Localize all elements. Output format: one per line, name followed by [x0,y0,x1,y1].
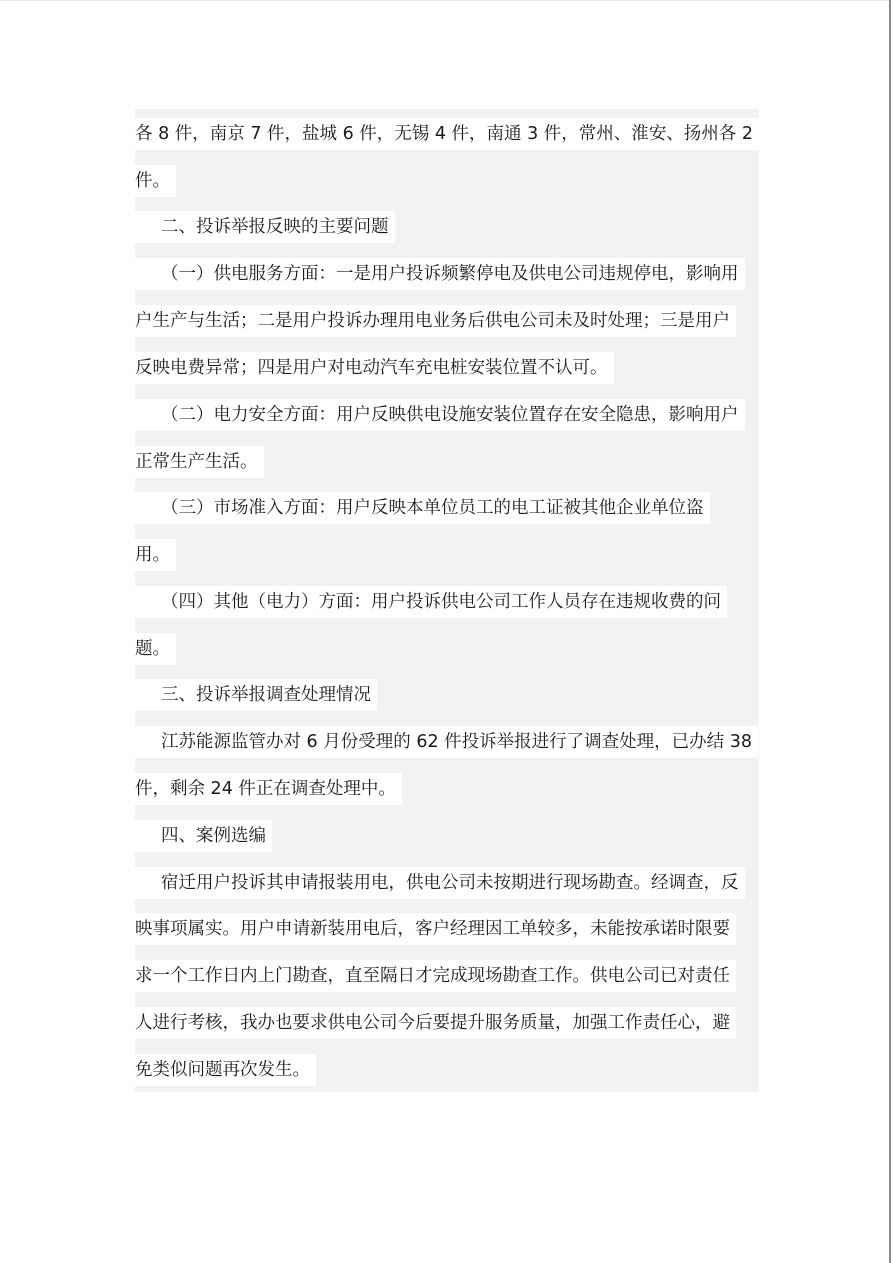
section-heading: 三、投诉举报调查处理情况 [135,679,377,711]
paragraph-line: 免类似问题再次发生。 [135,1054,316,1086]
paragraph-line: 映事项属实。用户申请新装用电后，客户经理因工单较多，未能按承诺时限要 [135,913,736,945]
paragraph-line: 人进行考核，我办也要求供电公司今后要提升服务质量，加强工作责任心，避 [135,1007,736,1039]
line-text: 求一个工作日内上门勘查，直至隔日才完成现场勘查工作。供电公司已对责任 [135,960,736,992]
line-text: 件，剩余 24 件正在调查处理中。 [135,773,402,805]
paragraph-line: 件，剩余 24 件正在调查处理中。 [135,773,402,805]
paragraph-line: 宿迁用户投诉其申请报装用电，供电公司未按期进行现场勘查。经调查，反 [135,867,745,899]
paragraph-line: （四）其他（电力）方面：用户投诉供电公司工作人员存在违规收费的问 [135,586,727,618]
line-text: 映事项属实。用户申请新装用电后，客户经理因工单较多，未能按承诺时限要 [135,913,736,945]
line-text: 免类似问题再次发生。 [135,1054,316,1086]
line-text: 件。 [135,165,176,197]
paragraph-line: （三）市场准入方面：用户反映本单位员工的电工证被其他企业单位盗 [135,492,710,524]
line-text: 宿迁用户投诉其申请报装用电，供电公司未按期进行现场勘查。经调查，反 [135,867,745,899]
line-text: 题。 [135,633,176,665]
line-text: （一）供电服务方面：一是用户投诉频繁停电及供电公司违规停电，影响用 [135,258,745,290]
line-text: 三、投诉举报调查处理情况 [135,679,377,711]
line-text: 正常生产生活。 [135,446,264,478]
paragraph-line: 户生产与生活；二是用户投诉办理用电业务后供电公司未及时处理；三是用户 [135,305,736,337]
line-text: 各 8 件，南京 7 件，盐城 6 件，无锡 4 件，南通 3 件，常州、淮安、… [135,118,759,150]
paragraph-line: 件。 [135,165,176,197]
paragraph-line: 正常生产生活。 [135,446,264,478]
line-text: 四、案例选编 [135,820,272,852]
paragraph-line: 各 8 件，南京 7 件，盐城 6 件，无锡 4 件，南通 3 件，常州、淮安、… [135,118,759,150]
paragraph-line: 题。 [135,633,176,665]
section-heading: 二、投诉举报反映的主要问题 [135,211,395,243]
paragraph-line: 求一个工作日内上门勘查，直至隔日才完成现场勘查工作。供电公司已对责任 [135,960,736,992]
line-text: （四）其他（电力）方面：用户投诉供电公司工作人员存在违规收费的问 [135,586,727,618]
paragraph-line: （一）供电服务方面：一是用户投诉频繁停电及供电公司违规停电，影响用 [135,258,745,290]
line-text: 人进行考核，我办也要求供电公司今后要提升服务质量，加强工作责任心，避 [135,1007,736,1039]
line-text: 反映电费异常；四是用户对电动汽车充电桩安装位置不认可。 [135,352,614,384]
paragraph-line: 用。 [135,539,176,571]
line-text: 户生产与生活；二是用户投诉办理用电业务后供电公司未及时处理；三是用户 [135,305,736,337]
document-page: 各 8 件，南京 7 件，盐城 6 件，无锡 4 件，南通 3 件，常州、淮安、… [0,0,889,1263]
line-text: 江苏能源监管办对 6 月份受理的 62 件投诉举报进行了调查处理，已办结 38 [135,726,758,758]
paragraph-line: （二）电力安全方面：用户反映供电设施安装位置存在安全隐患，影响用户 [135,399,745,431]
line-text: （二）电力安全方面：用户反映供电设施安装位置存在安全隐患，影响用户 [135,399,745,431]
line-text: （三）市场准入方面：用户反映本单位员工的电工证被其他企业单位盗 [135,492,710,524]
section-heading: 四、案例选编 [135,820,272,852]
line-text: 用。 [135,539,176,571]
paragraph-line: 反映电费异常；四是用户对电动汽车充电桩安装位置不认可。 [135,352,614,384]
paragraph-line: 江苏能源监管办对 6 月份受理的 62 件投诉举报进行了调查处理，已办结 38 [135,726,758,758]
line-text: 二、投诉举报反映的主要问题 [135,211,395,243]
